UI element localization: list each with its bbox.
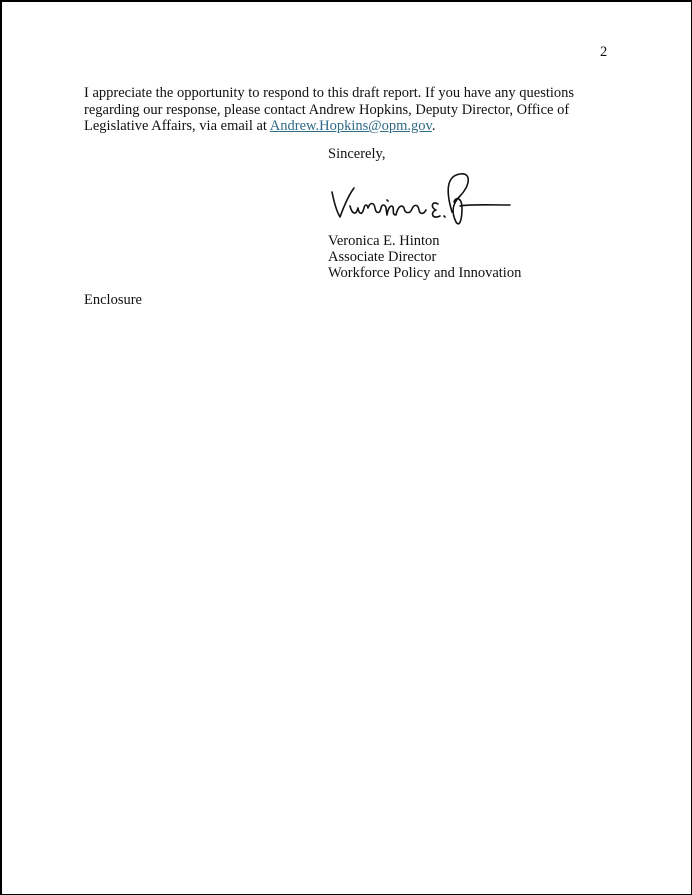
signatory-office: Workforce Policy and Innovation: [328, 265, 521, 281]
body-line-1: I appreciate the opportunity to respond …: [84, 85, 564, 102]
signature-icon: [320, 162, 520, 232]
signatory-name: Veronica E. Hinton: [328, 233, 521, 249]
signature-block: Veronica E. Hinton Associate Director Wo…: [328, 233, 521, 281]
page-number: 2: [600, 44, 607, 61]
body-line-3-text: Legislative Affairs, via email at: [84, 118, 270, 134]
closing-salutation: Sincerely,: [328, 146, 385, 163]
document-page: 2 I appreciate the opportunity to respon…: [0, 0, 692, 895]
enclosure-note: Enclosure: [84, 292, 142, 309]
body-line-2: regarding our response, please contact A…: [84, 102, 564, 119]
email-link[interactable]: Andrew.Hopkins@opm.gov: [270, 118, 432, 134]
signatory-title: Associate Director: [328, 249, 521, 265]
body-paragraph: I appreciate the opportunity to respond …: [84, 85, 564, 135]
body-line-3: Legislative Affairs, via email at Andrew…: [84, 118, 564, 135]
body-line-3-trailing: .: [432, 118, 436, 134]
